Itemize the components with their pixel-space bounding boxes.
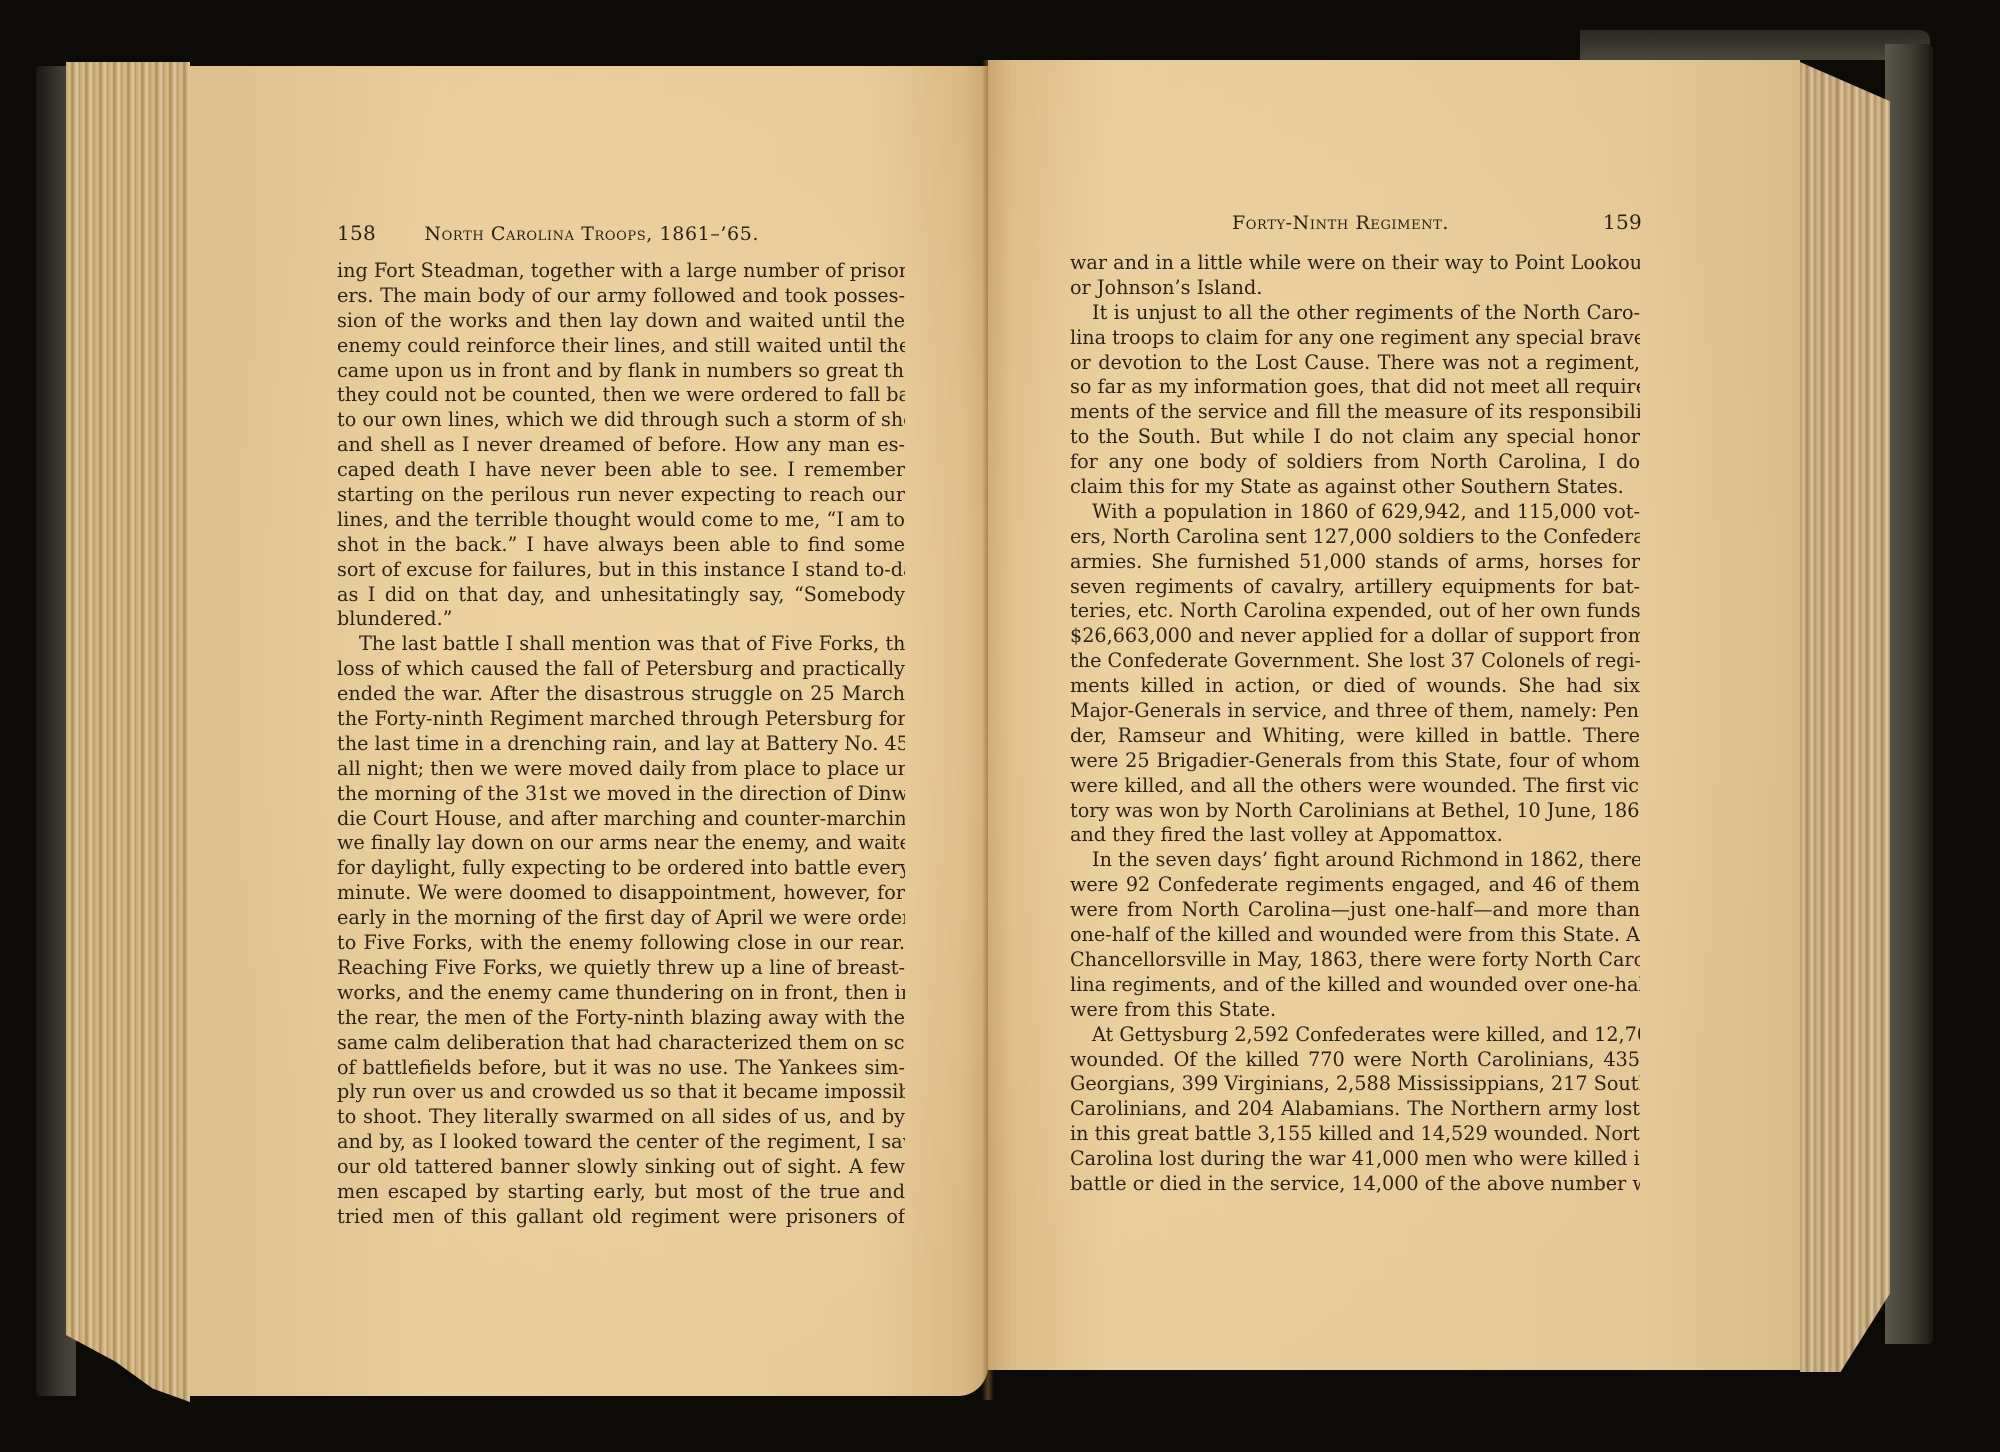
text-line: lines, and the terrible thought would co… — [337, 508, 905, 533]
book-cover-right — [1885, 44, 1933, 1344]
text-line: Reaching Five Forks, we quietly threw up… — [337, 956, 905, 981]
text-line: lina regiments, and of the killed and wo… — [1070, 973, 1640, 998]
text-line: were from North Carolina—just one-half—a… — [1070, 898, 1640, 923]
text-line: war and in a little while were on their … — [1070, 251, 1640, 276]
text-line: and by, as I looked toward the center of… — [337, 1130, 905, 1155]
right-page-body: war and in a little while were on their … — [1070, 251, 1640, 1197]
text-line: die Court House, and after marching and … — [337, 807, 905, 832]
text-line: men escaped by starting early, but most … — [337, 1180, 905, 1205]
page-edges-left — [66, 62, 190, 1402]
text-line: sion of the works and then lay down and … — [337, 309, 905, 334]
text-line: shot in the back.” I have always been ab… — [337, 533, 905, 558]
left-page-header: 158 North Carolina Troops, 1861–’65. — [337, 221, 759, 245]
text-line: teries, etc. North Carolina expended, ou… — [1070, 599, 1640, 624]
text-line: were 92 Confederate regiments engaged, a… — [1070, 873, 1640, 898]
text-line: It is unjust to all the other regiments … — [1070, 301, 1640, 326]
text-line: ers. The main body of our army followed … — [337, 284, 905, 309]
text-line: were killed, and all the others were wou… — [1070, 774, 1640, 799]
text-line: the rear, the men of the Forty-ninth bla… — [337, 1006, 905, 1031]
text-line: ers, North Carolina sent 127,000 soldier… — [1070, 525, 1640, 550]
text-line: Georgians, 399 Virginians, 2,588 Mississ… — [1070, 1072, 1640, 1097]
text-line: early in the morning of the first day of… — [337, 906, 905, 931]
text-line: to our own lines, which we did through s… — [337, 408, 905, 433]
text-line: the last time in a drenching rain, and l… — [337, 732, 905, 757]
text-line: The last battle I shall mention was that… — [337, 632, 905, 657]
text-line: armies. She furnished 51,000 stands of a… — [1070, 550, 1640, 575]
text-line: minute. We were doomed to disappointment… — [337, 881, 905, 906]
text-line: or devotion to the Lost Cause. There was… — [1070, 351, 1640, 376]
text-line: With a population in 1860 of 629,942, an… — [1070, 500, 1640, 525]
text-line: to Five Forks, with the enemy following … — [337, 931, 905, 956]
text-line: blundered.” — [337, 607, 905, 632]
text-line: At Gettysburg 2,592 Confederates were ki… — [1070, 1023, 1640, 1048]
text-line: battle or died in the service, 14,000 of… — [1070, 1172, 1640, 1197]
text-line: caped death I have never been able to se… — [337, 458, 905, 483]
text-line: in this great battle 3,155 killed and 14… — [1070, 1122, 1640, 1147]
left-page-body: ing Fort Steadman, together with a large… — [337, 259, 905, 1230]
text-line: came upon us in front and by flank in nu… — [337, 359, 905, 384]
text-line: the morning of the 31st we moved in the … — [337, 782, 905, 807]
text-line: loss of which caused the fall of Petersb… — [337, 657, 905, 682]
page-number: 159 — [1603, 210, 1642, 234]
running-head: North Carolina Troops, 1861–’65. — [424, 223, 759, 245]
page-edges-right — [1800, 62, 1890, 1372]
text-line: as I did on that day, and unhesitatingly… — [337, 583, 905, 608]
right-page-header: Forty-Ninth Regiment. 159 — [1232, 212, 1642, 234]
text-line: the Forty-ninth Regiment marched through… — [337, 707, 905, 732]
text-line: tried men of this gallant old regiment w… — [337, 1205, 905, 1230]
text-line: ments killed in action, or died of wound… — [1070, 674, 1640, 699]
book-cover-top — [1580, 30, 1930, 60]
text-line: Chancellorsville in May, 1863, there wer… — [1070, 948, 1640, 973]
text-line: der, Ramseur and Whiting, were killed in… — [1070, 724, 1640, 749]
running-head: Forty-Ninth Regiment. — [1232, 212, 1449, 234]
text-line: Carolina lost during the war 41,000 men … — [1070, 1147, 1640, 1172]
text-line: or Johnson’s Island. — [1070, 276, 1640, 301]
text-line: they could not be counted, then we were … — [337, 383, 905, 408]
text-line: Carolinians, and 204 Alabamians. The Nor… — [1070, 1097, 1640, 1122]
text-line: were from this State. — [1070, 998, 1640, 1023]
book-photo: 158 North Carolina Troops, 1861–’65. ing… — [0, 0, 2000, 1452]
text-line: starting on the perilous run never expec… — [337, 483, 905, 508]
text-line: ments of the service and fill the measur… — [1070, 400, 1640, 425]
text-line: tory was won by North Carolinians at Bet… — [1070, 799, 1640, 824]
text-line: all night; then we were moved daily from… — [337, 757, 905, 782]
text-line: to the South. But while I do not claim a… — [1070, 425, 1640, 450]
text-line: ended the war. After the disastrous stru… — [337, 682, 905, 707]
text-line: wounded. Of the killed 770 were North Ca… — [1070, 1048, 1640, 1073]
text-line: seven regiments of cavalry, artillery eq… — [1070, 575, 1640, 600]
text-line: the Confederate Government. She lost 37 … — [1070, 649, 1640, 674]
text-line: our old tattered banner slowly sinking o… — [337, 1155, 905, 1180]
text-line: one-half of the killed and wounded were … — [1070, 923, 1640, 948]
text-line: to shoot. They literally swarmed on all … — [337, 1105, 905, 1130]
text-line: works, and the enemy came thundering on … — [337, 981, 905, 1006]
text-line: Major-Generals in service, and three of … — [1070, 699, 1640, 724]
text-line: same calm deliberation that had characte… — [337, 1031, 905, 1056]
text-line: claim this for my State as against other… — [1070, 475, 1640, 500]
text-line: so far as my information goes, that did … — [1070, 375, 1640, 400]
text-line: ply run over us and crowded us so that i… — [337, 1080, 905, 1105]
text-line: for any one body of soldiers from North … — [1070, 450, 1640, 475]
text-line: $26,663,000 and never applied for a doll… — [1070, 624, 1640, 649]
text-line: enemy could reinforce their lines, and s… — [337, 334, 905, 359]
text-line: lina troops to claim for any one regimen… — [1070, 326, 1640, 351]
text-line: for daylight, fully expecting to be orde… — [337, 856, 905, 881]
text-line: and shell as I never dreamed of before. … — [337, 433, 905, 458]
text-line: ing Fort Steadman, together with a large… — [337, 259, 905, 284]
text-line: sort of excuse for failures, but in this… — [337, 558, 905, 583]
text-line: of battlefields before, but it was no us… — [337, 1056, 905, 1081]
text-line: In the seven days’ fight around Richmond… — [1070, 848, 1640, 873]
text-line: were 25 Brigadier-Generals from this Sta… — [1070, 749, 1640, 774]
text-line: we finally lay down on our arms near the… — [337, 831, 905, 856]
text-line: and they fired the last volley at Appoma… — [1070, 823, 1640, 848]
page-number: 158 — [337, 221, 376, 245]
